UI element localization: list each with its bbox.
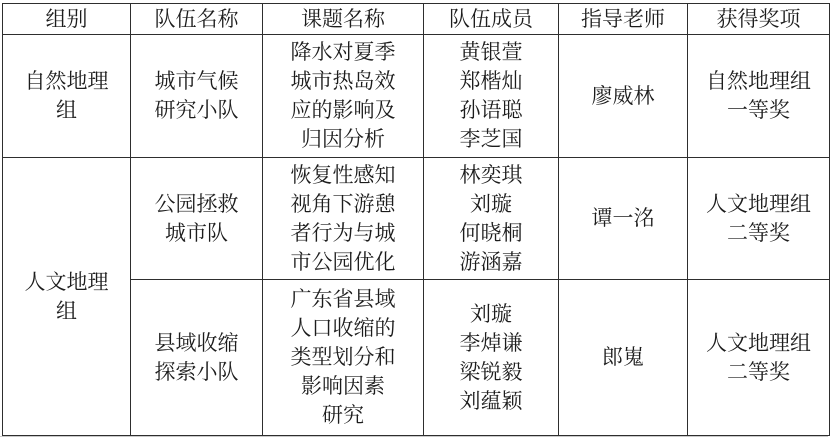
cell-award: 人文地理组 二等奖 (688, 280, 830, 436)
cell-advisor: 谭一洺 (559, 158, 688, 280)
cell-award: 人文地理组 二等奖 (688, 158, 830, 280)
header-topic: 课题名称 (263, 4, 424, 35)
cell-topic: 恢复性感知 视角下游憩 者行为与城 市公园优化 (263, 158, 424, 280)
header-award: 获得奖项 (688, 4, 830, 35)
table-row: 自然地理 组 城市气候 研究小队 降水对夏季 城市热岛效 应的影响及 归因分析 … (3, 35, 830, 158)
header-team: 队伍名称 (131, 4, 263, 35)
header-advisor: 指导老师 (559, 4, 688, 35)
cell-award: 自然地理组 一等奖 (688, 35, 830, 158)
cell-group: 自然地理 组 (3, 35, 131, 158)
cell-team: 县域收缩 探索小队 (131, 280, 263, 436)
cell-topic: 广东省县域 人口收缩的 类型划分和 影响因素 研究 (263, 280, 424, 436)
cell-members: 林奕琪 刘璇 何晓桐 游涵嘉 (424, 158, 559, 280)
cell-team: 城市气候 研究小队 (131, 35, 263, 158)
cell-advisor: 郎嵬 (559, 280, 688, 436)
header-row: 组别 队伍名称 课题名称 队伍成员 指导老师 获得奖项 (3, 4, 830, 35)
cell-advisor: 廖威林 (559, 35, 688, 158)
table-row: 人文地理 组 公园拯救 城市队 恢复性感知 视角下游憩 者行为与城 市公园优化 … (3, 158, 830, 280)
cell-members: 黄银萱 郑楷灿 孙语聪 李芝国 (424, 35, 559, 158)
cell-members: 刘璇 李焯谦 梁锐毅 刘蕴颖 (424, 280, 559, 436)
cell-group: 人文地理 组 (3, 158, 131, 436)
cell-topic: 降水对夏季 城市热岛效 应的影响及 归因分析 (263, 35, 424, 158)
cell-team: 公园拯救 城市队 (131, 158, 263, 280)
bottom-edge-line (0, 436, 828, 437)
header-group: 组别 (3, 4, 131, 35)
header-members: 队伍成员 (424, 4, 559, 35)
awards-table: 组别 队伍名称 课题名称 队伍成员 指导老师 获得奖项 自然地理 组 城市气候 … (2, 3, 830, 436)
